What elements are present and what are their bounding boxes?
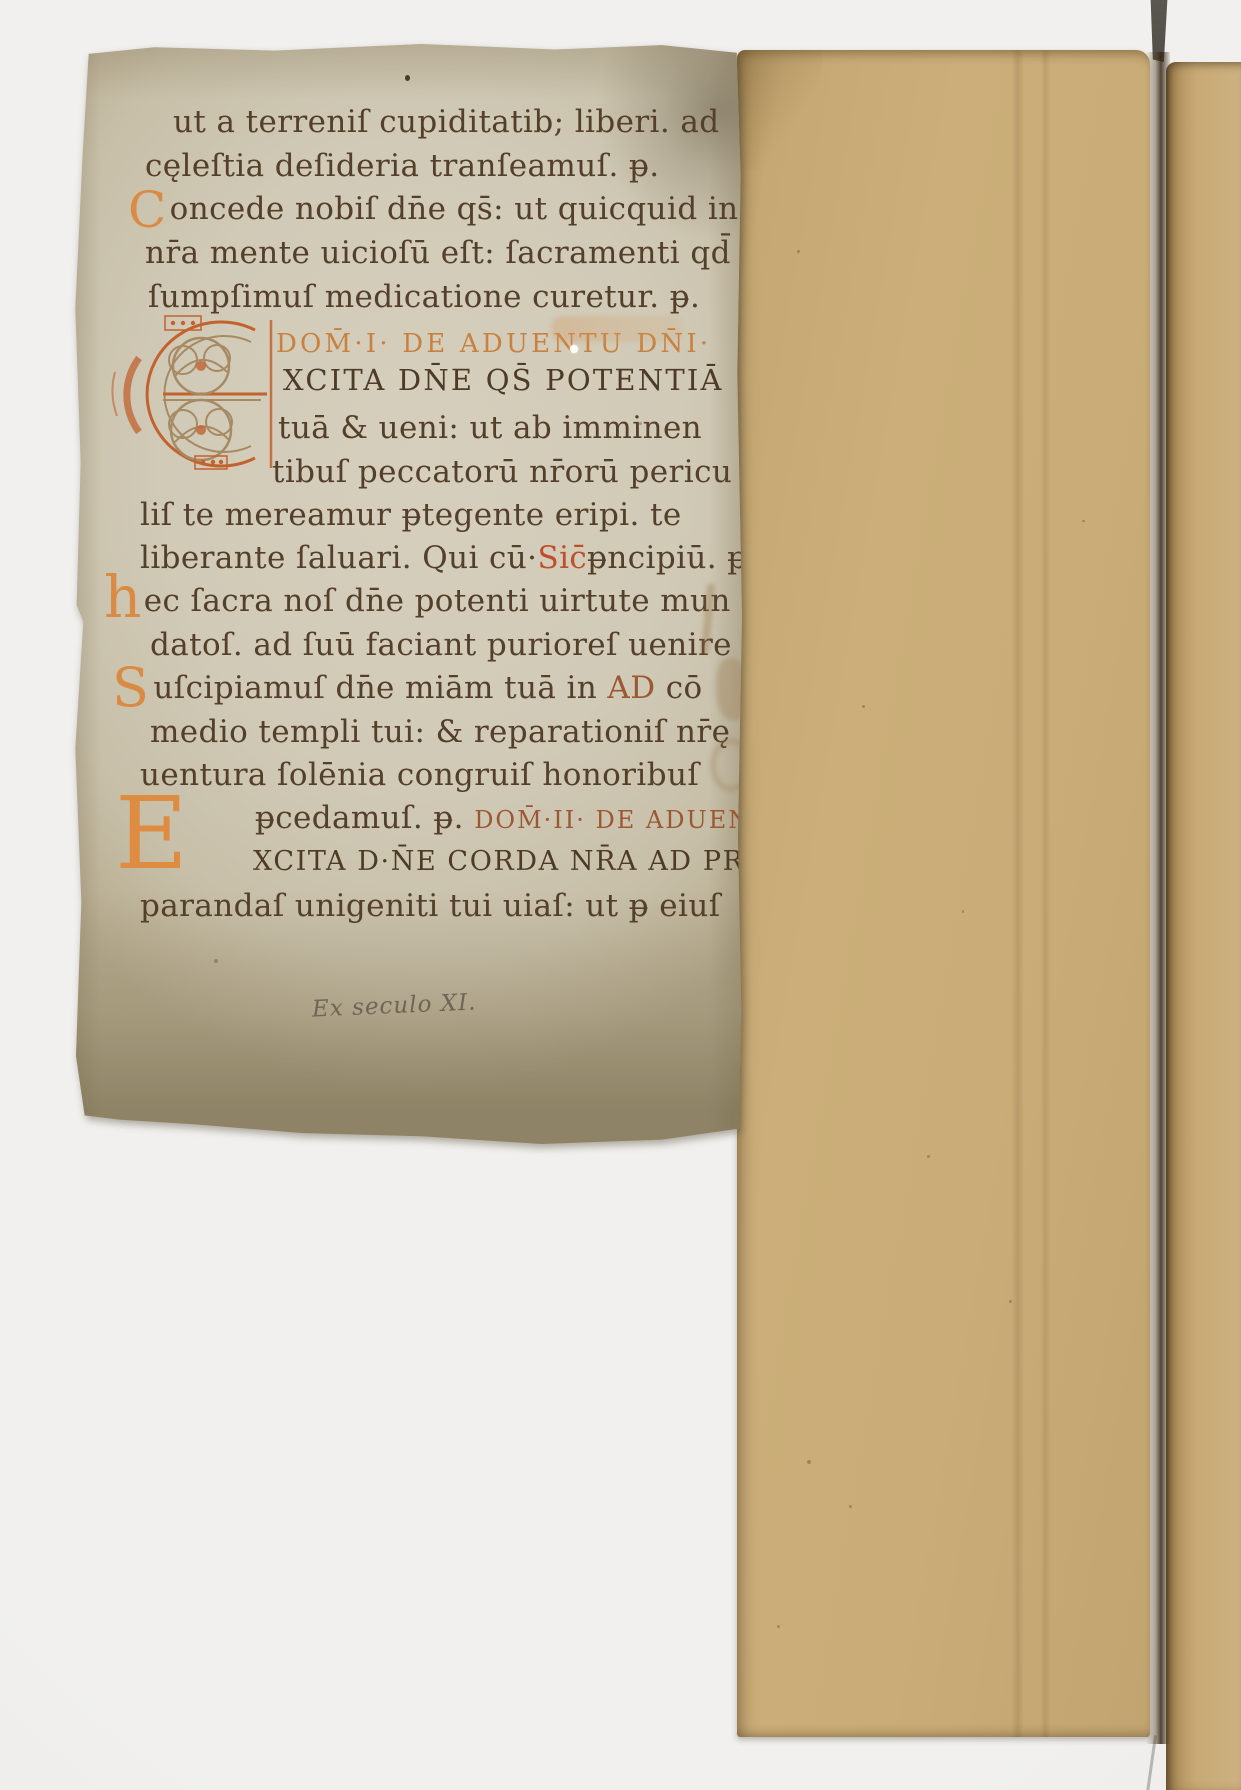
manuscript-text: uentura ſolēnia congruiſ honoribuſ <box>140 757 699 793</box>
manuscript-text: XCITA D·N̄E CORDA NR̄A AD PRE <box>253 846 766 877</box>
manuscript-text: liſ te mereamur p̶tegente eripi. te <box>140 497 682 533</box>
paper-speck <box>1009 1300 1012 1303</box>
initial-letter: S <box>112 656 149 719</box>
manuscript-line: parandaſ unigeniti tui uiaſ: ut p̶ eiuſ <box>140 884 721 928</box>
manuscript-line: tibuſ peccatorū nr̄orū pericu <box>272 450 732 494</box>
manuscript-text: medio templi tui: & reparationiſ nr̄ę <box>150 714 730 750</box>
initial-letter: E <box>115 784 188 884</box>
manuscript-text: AD <box>607 670 665 706</box>
paper-speck <box>777 1625 780 1628</box>
text-block: ut a terreniſ cupiditatib; liberi. adcęl… <box>74 44 742 1144</box>
manuscript-line: XCITA DN̄E QS̄ POTENTIĀ <box>283 358 724 402</box>
parchment-hole <box>570 345 578 353</box>
show-through-mark <box>552 316 682 342</box>
parchment-speck <box>639 422 642 425</box>
parchment-speck <box>544 906 547 909</box>
manuscript-line: tuā & ueni: ut ab imminen <box>278 406 702 450</box>
manuscript-line: cęleſtia deſideria tranſeamuſ. p̶. <box>145 144 659 188</box>
manuscript-line: datoſ. ad ſuū faciant purioreſ uenire <box>150 623 732 667</box>
album-page <box>737 50 1150 1737</box>
manuscript-text: tibuſ peccatorū nr̄orū pericu <box>272 454 732 490</box>
manuscript-text: tuā & ueni: ut ab imminen <box>278 410 702 446</box>
manuscript-line: ſumpſimuſ medicatione curetur. p̶. <box>148 275 700 319</box>
paper-speck <box>927 1155 930 1158</box>
manuscript-line: Concede nobiſ dn̄e qs̄: ut quicquid in <box>128 187 739 231</box>
manuscript-text: p̶ncipiū. p̶. <box>587 540 758 576</box>
manuscript-text: liberante ſaluari. Qui cū· <box>140 540 537 576</box>
ink-dot <box>405 75 410 81</box>
paper-speck <box>797 250 800 253</box>
paper-speck <box>1082 520 1085 522</box>
manuscript-line: nr̄a mente uicioſū eſt: ſacramenti qd̄ <box>145 231 731 275</box>
manuscript-text: nr̄a mente uicioſū eſt: ſacramenti qd̄ <box>145 235 731 271</box>
paper-speck <box>962 910 964 913</box>
manuscript-line: ut a terreniſ cupiditatib; liberi. ad <box>173 100 720 144</box>
manuscript-text: Sic̄ <box>537 540 587 576</box>
manuscript-text: ut a terreniſ cupiditatib; liberi. ad <box>173 104 720 140</box>
manuscript-line: liberante ſaluari. Qui cū·Sic̄p̶ncipiū. … <box>140 536 758 580</box>
manuscript-text: p̶cedamuſ. p̶. <box>255 800 474 836</box>
manuscript-text: uſcipiamuſ dn̄e miām tuā in <box>153 670 607 706</box>
manuscript-text: ſumpſimuſ medicatione curetur. p̶. <box>148 279 700 315</box>
manuscript-text: cęleſtia deſideria tranſeamuſ. p̶. <box>145 148 659 184</box>
manuscript-line: Suſcipiamuſ dn̄e miām tuā in AD cō <box>112 666 703 710</box>
paper-speck <box>807 1460 811 1464</box>
initial-letter: h <box>104 563 142 631</box>
manuscript-line: XCITA D·N̄E CORDA NR̄A AD PRE <box>253 840 766 884</box>
page-fold-crease <box>737 50 822 170</box>
manuscript-text: datoſ. ad ſuū faciant purioreſ uenire <box>150 627 732 663</box>
manuscript-text: oncede nobiſ dn̄e qs̄: ut quicquid in <box>170 191 739 227</box>
manuscript-text: ec ſacra noſ dn̄e potenti uirtute mun <box>144 583 731 619</box>
manuscript-text: parandaſ unigeniti tui uiaſ: ut p̶ eiuſ <box>140 888 721 924</box>
parchment-speck <box>214 959 218 963</box>
photo-canvas: E <box>0 0 1241 1790</box>
paper-speck <box>849 1505 852 1508</box>
manuscript-line: medio templi tui: & reparationiſ nr̄ę <box>150 710 730 754</box>
manuscript-line: liſ te mereamur p̶tegente eripi. te <box>140 493 682 537</box>
album-page-edge <box>1166 62 1241 1790</box>
manuscript-line: uentura ſolēnia congruiſ honoribuſ <box>140 753 699 797</box>
manuscript-line: hec ſacra noſ dn̄e potenti uirtute mun <box>104 579 731 623</box>
paper-speck <box>862 705 865 708</box>
manuscript-leaf: E <box>74 44 742 1144</box>
manuscript-text: cō <box>666 670 703 706</box>
manuscript-text: XCITA DN̄E QS̄ POTENTIĀ <box>283 363 724 397</box>
